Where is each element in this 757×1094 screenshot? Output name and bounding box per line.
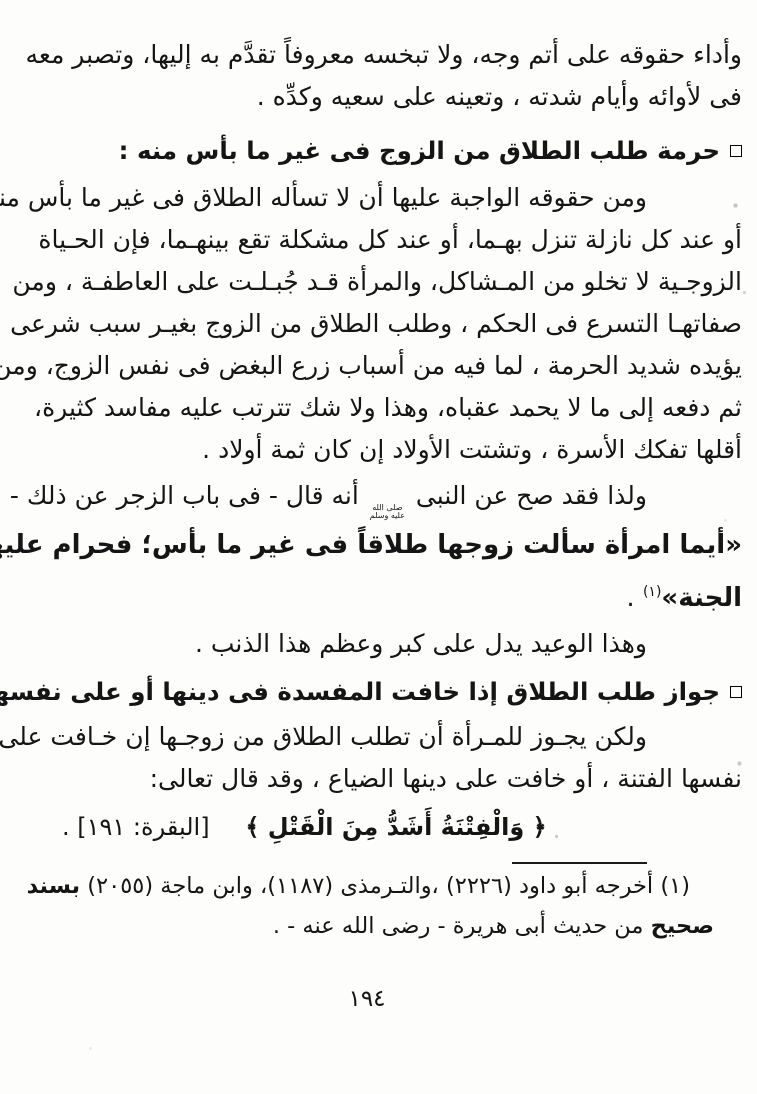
sentence-period: . [626, 583, 643, 613]
prophet-honorific-icon: صلى اللهعليه وسلم [370, 504, 405, 521]
scanned-book-page: وأداء حقوقه على أتم وجه، ولا تبخسه معروف… [0, 0, 757, 1094]
body-line: أو عند كل نازلة تنزل بهـما، أو عند كل مش… [50, 219, 742, 261]
intro-line: وأداء حقوقه على أتم وجه، ولا تبخسه معروف… [50, 34, 742, 76]
paragraph-wife-duties: ومن حقوقه الواجبة عليها أن لا تسأله الطل… [50, 177, 742, 471]
section-heading-text: جواز طلب الطلاق إذا خافت المفسدة فى دينه… [0, 677, 720, 706]
square-bullet-icon [730, 145, 742, 157]
footnote-marker: (١) [643, 584, 661, 600]
body-line: ولكن يجـوز للمـرأة أن تطلب الطلاق من زوج… [50, 716, 742, 758]
section-heading-text: حرمة طلب الطلاق من الزوج فى غير ما بأس م… [119, 136, 720, 165]
footnote-text: من حديث أبى هريرة - رضى الله عنه - . [273, 913, 651, 939]
section-heading-permission: جواز طلب الطلاق إذا خافت المفسدة فى دينه… [50, 669, 742, 714]
footnote-bold-word: صحيح [651, 913, 714, 939]
body-line: نفسها الفتنة ، أو خافت على دينها الضياع … [50, 758, 742, 800]
body-line: صفاتهـا التسرع فى الحكم ، وطلب الطلاق من… [50, 303, 742, 345]
intro-line: فى لأوائه وأيام شدته ، وتعينه على سعيه و… [50, 76, 742, 118]
hadith-intro-post: أنه قال - فى باب الزجر عن ذلك - : [0, 481, 367, 510]
footnote-separator [512, 862, 647, 864]
body-line: الزوجـية لا تخلو من المـشاكل، والمرأة قـ… [50, 261, 742, 303]
body-line: يؤيده شديد الحرمة ، لما فيه من أسباب زرع… [50, 345, 742, 387]
section-heading-prohibition: حرمة طلب الطلاق من الزوج فى غير ما بأس م… [50, 128, 742, 173]
body-line: ثم دفعه إلى ما لا يحمد عقباه، وهذا ولا ش… [50, 387, 742, 429]
hadith-intro-line: ولذا فقد صح عن النبى صلى اللهعليه وسلم أ… [50, 475, 742, 521]
honorific-bottom: عليه وسلم [370, 512, 405, 520]
square-bullet-icon [730, 686, 742, 698]
quran-verse-row: ﴿ وَالْفِتْنَةُ أَشَدُّ مِنَ الْقَتْلِ ﴾… [50, 804, 742, 850]
footnote-text: (١) أخرجه أبو داود (٢٢٢٦) ،والتـرمذى (١١… [80, 873, 690, 899]
footnote-line: صحيح من حديث أبى هريرة - رضى الله عنه - … [50, 906, 742, 946]
quran-verse: ﴿ وَالْفِتْنَةُ أَشَدُّ مِنَ الْقَتْلِ ﴾ [245, 813, 546, 841]
page-number: ١٩٤ [50, 986, 742, 1012]
paragraph-permission: ولكن يجـوز للمـرأة أن تطلب الطلاق من زوج… [50, 716, 742, 800]
warning-line: وهذا الوعيد يدل على كبر وعظم هذا الذنب . [50, 623, 742, 665]
text-block: وأداء حقوقه على أتم وجه، ولا تبخسه معروف… [50, 34, 742, 1012]
hadith-intro-pre: ولذا فقد صح عن النبى [408, 481, 647, 510]
scan-artifacts [0, 0, 1, 1]
footnote-line: (١) أخرجه أبو داود (٢٢٢٦) ،والتـرمذى (١١… [50, 866, 742, 906]
footnote-bold-word: بسند [27, 873, 81, 899]
verse-citation: [البقرة: ١٩١] . [62, 804, 210, 850]
body-line: أقلها تفكك الأسرة ، وتشتت الأولاد إن كان… [50, 429, 742, 471]
hadith-quote-line: الجنة»(١) . [50, 570, 742, 621]
hadith-quote-line: «أيما امرأة سألت زوجها طلاقاً فى غير ما … [50, 523, 742, 568]
body-line: ومن حقوقه الواجبة عليها أن لا تسأله الطل… [50, 177, 742, 219]
hadith-quote-end: الجنة» [661, 583, 742, 613]
